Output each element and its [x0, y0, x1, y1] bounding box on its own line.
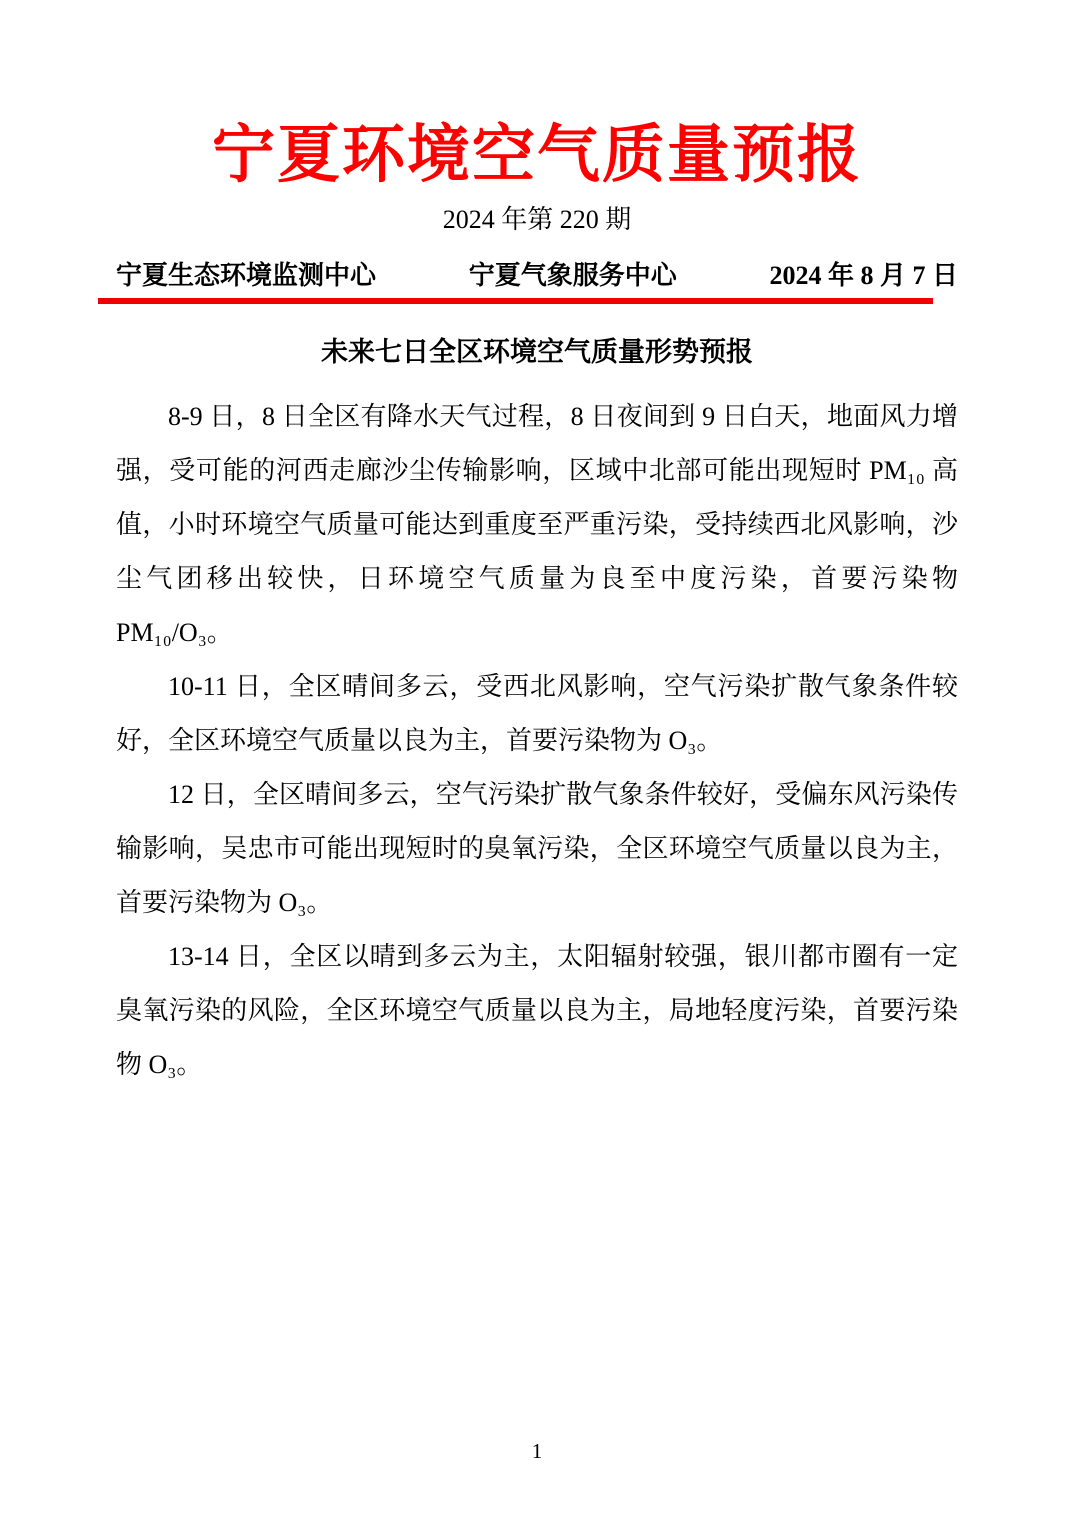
forecast-paragraph-1: 8-9 日，8 日全区有降水天气过程，8 日夜间到 9 日白天，地面风力增强，受…: [116, 390, 958, 660]
red-divider-rule: [98, 298, 933, 304]
forecast-body: 8-9 日，8 日全区有降水天气过程，8 日夜间到 9 日白天，地面风力增强，受…: [116, 390, 958, 1092]
issuing-org-left: 宁夏生态环境监测中心: [116, 262, 376, 291]
masthead-row: 宁夏生态环境监测中心 宁夏气象服务中心 2024 年 8 月 7 日: [116, 262, 958, 291]
document-page: 宁夏环境空气质量预报 2024 年第 220 期 宁夏生态环境监测中心 宁夏气象…: [0, 0, 1074, 1520]
document-content: 宁夏环境空气质量预报 2024 年第 220 期 宁夏生态环境监测中心 宁夏气象…: [0, 0, 1074, 1092]
section-heading: 未来七日全区环境空气质量形势预报: [116, 336, 958, 368]
forecast-paragraph-4: 13-14 日，全区以晴到多云为主，太阳辐射较强，银川都市圈有一定臭氧污染的风险…: [116, 930, 958, 1092]
document-title: 宁夏环境空气质量预报: [116, 0, 958, 192]
issuing-org-center: 宁夏气象服务中心: [469, 262, 677, 291]
page-number: 1: [0, 1441, 1074, 1462]
issue-date: 2024 年 8 月 7 日: [769, 262, 958, 291]
issue-number: 2024 年第 220 期: [116, 206, 958, 235]
forecast-paragraph-2: 10-11 日，全区晴间多云，受西北风影响，空气污染扩散气象条件较好，全区环境空…: [116, 660, 958, 768]
forecast-paragraph-3: 12 日，全区晴间多云，空气污染扩散气象条件较好，受偏东风污染传输影响，吴忠市可…: [116, 768, 958, 930]
